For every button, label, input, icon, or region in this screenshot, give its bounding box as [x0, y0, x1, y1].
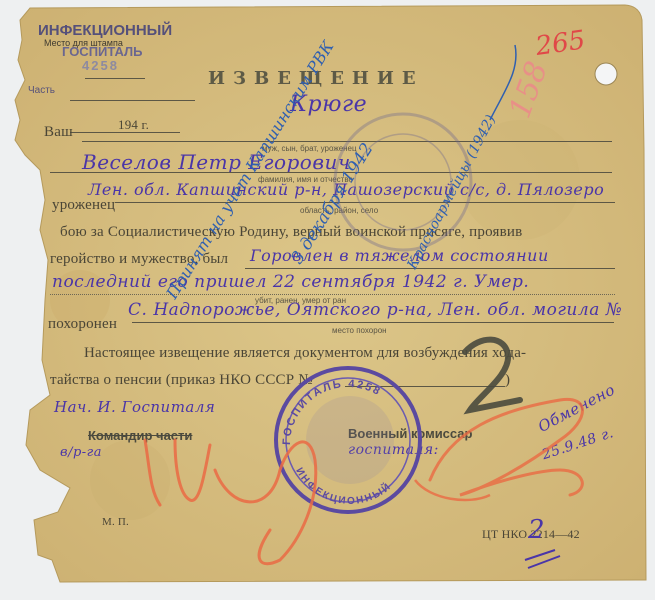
- seal-place-label: М. П.: [102, 516, 129, 528]
- order-number-line: [345, 386, 505, 387]
- date-year-suffix: 194 г.: [118, 117, 149, 133]
- corner-stamp-line2: ГОСПИТАЛЬ: [62, 44, 143, 59]
- form-code: ЦТ НКО 2214—42: [482, 527, 580, 542]
- notice-line-1: Настоящее извещение является документом …: [84, 345, 526, 362]
- divider: [85, 78, 145, 79]
- soldier-name: Веселов Петр Егорович: [82, 150, 351, 174]
- label-urozhenec: уроженец: [52, 197, 115, 214]
- notice-close-paren: ): [505, 372, 510, 389]
- birthplace: Лен. обл. Капшинский р-н, Пашозерский с/…: [88, 180, 604, 199]
- corner-stamp-number: 4258: [82, 58, 119, 73]
- commander-rank-handwritten: в/р-га: [60, 445, 102, 460]
- commander-title-handwritten: Нач. И. Госпиталя: [54, 398, 215, 416]
- field-line: [132, 322, 614, 323]
- recipient-handwritten: Крюге: [290, 92, 367, 117]
- label-pokhoronen: похоронен: [48, 316, 117, 333]
- corner-stamp-line1: ИНФЕКЦИОННЫЙ: [38, 22, 172, 39]
- burial-caption: место похорон: [332, 326, 387, 335]
- document-title: ИЗВЕЩЕНИЕ: [208, 68, 424, 89]
- field-line: [82, 141, 612, 142]
- notice-line-2: тайства о пенсии (приказ НКО СССР №: [50, 372, 313, 389]
- text-line-boyu: бою за Социалистическую Родину, верный в…: [60, 224, 522, 241]
- field-line: [50, 294, 615, 295]
- divider: [70, 100, 195, 101]
- field-line: [115, 202, 615, 203]
- label-vash: Ваш: [44, 124, 73, 141]
- date-of-death-handwritten: последний его пришел 22 сентября 1942 г.…: [52, 272, 529, 292]
- field-line: [50, 172, 612, 173]
- text-line-heroism: геройство и мужество, был: [50, 251, 228, 268]
- commander-label: Командир части: [88, 428, 192, 443]
- state-handwritten: Горовлен в тяжелом состоянии: [250, 246, 549, 265]
- commissar-label: Военный комиссар: [348, 426, 472, 441]
- field-line: [245, 268, 615, 269]
- unit-label: Часть: [28, 85, 55, 96]
- burial-place-handwritten: С. Надпорожье, Оятского р-на, Лен. обл. …: [128, 300, 622, 320]
- commissar-title-handwritten: госпиталя:: [348, 442, 439, 458]
- region-caption: область, район, село: [300, 206, 378, 215]
- death-notice-document: ИНФЕКЦИОННЫЙ Место для штампа ГОСПИТАЛЬ …: [0, 0, 655, 600]
